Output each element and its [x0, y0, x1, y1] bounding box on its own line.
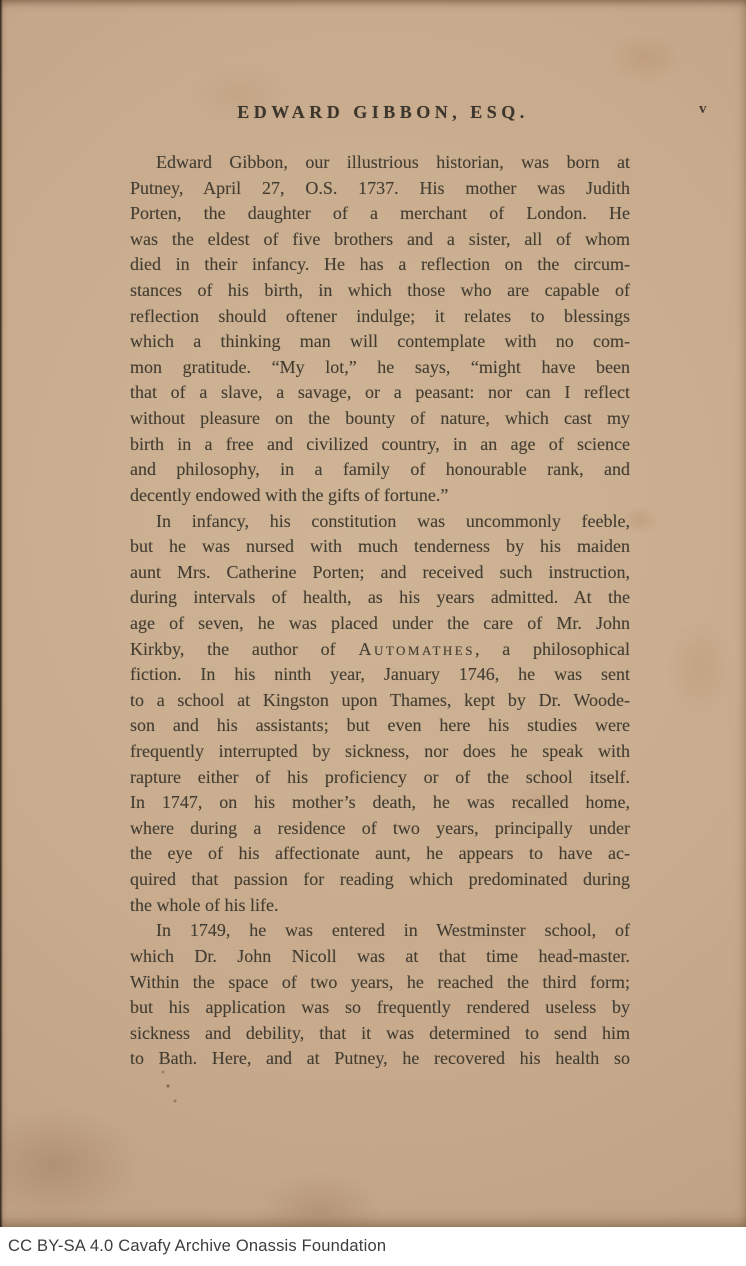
text-line: sickness and debility, that it was deter…: [130, 1021, 630, 1047]
automathes-smallcaps: Automathes: [358, 639, 475, 659]
text-line: In 1749, he was entered in Westminster s…: [130, 918, 630, 944]
text-line-automathes: Kirkby, the author of Automathes, a phil…: [130, 637, 630, 663]
text-line: Within the space of two years, he reache…: [130, 970, 630, 996]
text-line: Porten, the daughter of a merchant of Lo…: [130, 201, 630, 227]
text-line: son and his assistants; but even here hi…: [130, 713, 630, 739]
text-line: frequently interrupted by sickness, nor …: [130, 739, 630, 765]
text-line: the eye of his affectionate aunt, he app…: [130, 841, 630, 867]
text-line: the whole of his life.: [130, 893, 630, 919]
text-line: without pleasure on the bounty of nature…: [130, 406, 630, 432]
text-line: In infancy, his constitution was uncommo…: [130, 509, 630, 535]
text-line: to Bath. Here, and at Putney, he recover…: [130, 1046, 630, 1072]
text-line: rapture either of his proficiency or of …: [130, 765, 630, 791]
text-line: where during a residence of two years, p…: [130, 816, 630, 842]
text-line: quired that passion for reading which pr…: [130, 867, 630, 893]
text-line: during intervals of health, as his years…: [130, 585, 630, 611]
paragraph-3: In 1749, he was entered in Westminster s…: [130, 918, 630, 1072]
text-segment: Kirkby, the author of: [130, 639, 358, 659]
text-line: to a school at Kingston upon Thames, kep…: [130, 688, 630, 714]
text-line: but he was nursed with much tenderness b…: [130, 534, 630, 560]
text-line: birth in a free and civilized country, i…: [130, 432, 630, 458]
license-text: CC BY-SA 4.0 Cavafy Archive Onassis Foun…: [8, 1237, 386, 1256]
page-number: v: [699, 101, 707, 118]
text-line: fiction. In his ninth year, January 1746…: [130, 662, 630, 688]
paragraph-2: In infancy, his constitution was uncommo…: [130, 509, 630, 919]
text-line: decently endowed with the gifts of fortu…: [130, 483, 630, 509]
text-line: Putney, April 27, O.S. 1737. His mother …: [130, 176, 630, 202]
text-line: stances of his birth, in which those who…: [130, 278, 630, 304]
license-bar: CC BY-SA 4.0 Cavafy Archive Onassis Foun…: [0, 1227, 746, 1266]
text-line: was the eldest of five brothers and a si…: [130, 227, 630, 253]
text-line: In 1747, on his mother’s death, he was r…: [130, 790, 630, 816]
text-line: but his application was so frequently re…: [130, 995, 630, 1021]
text-line: reflection should oftener indulge; it re…: [130, 304, 630, 330]
book-page-scan: v EDWARD GIBBON, ESQ. Edward Gibbon, our…: [0, 0, 746, 1227]
text-line: aunt Mrs. Catherine Porten; and received…: [130, 560, 630, 586]
text-segment: , a philosophical: [475, 639, 630, 659]
text-line: which Dr. John Nicoll was at that time h…: [130, 944, 630, 970]
text-block: Edward Gibbon, our illustrious historian…: [130, 150, 630, 1072]
text-line: and philosophy, in a family of honourabl…: [130, 457, 630, 483]
page-heading: EDWARD GIBBON, ESQ.: [130, 102, 636, 123]
text-line: Edward Gibbon, our illustrious historian…: [130, 150, 630, 176]
paragraph-1: Edward Gibbon, our illustrious historian…: [130, 150, 630, 509]
text-line: that of a slave, a savage, or a peasant:…: [130, 380, 630, 406]
text-line: died in their infancy. He has a reflecti…: [130, 252, 630, 278]
text-line: which a thinking man will contemplate wi…: [130, 329, 630, 355]
text-line: mon gratitude. “My lot,” he says, “might…: [130, 355, 630, 381]
text-line: age of seven, he was placed under the ca…: [130, 611, 630, 637]
